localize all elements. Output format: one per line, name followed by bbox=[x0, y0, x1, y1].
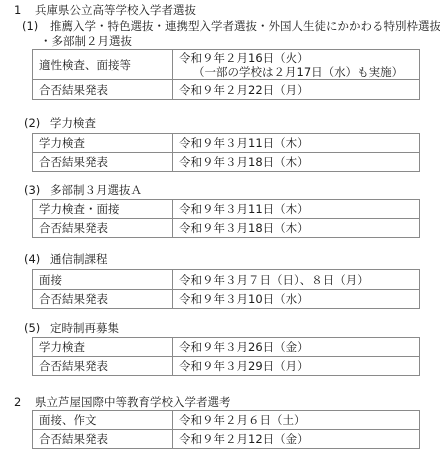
date-cell: 令和９年２月16日（火） （一部の学校は２月17日（水）も実施） bbox=[173, 50, 420, 80]
subsection-3-title: 多部制３月選抜Ａ bbox=[50, 183, 142, 197]
schedule-table-4: 面接 令和９年３月７日（日）、８日（月） 合否結果発表 令和９年３月10日（水） bbox=[32, 269, 420, 309]
date-cell: 令和９年３月10日（水） bbox=[173, 290, 420, 309]
table-row: 合否結果発表 令和９年３月10日（水） bbox=[33, 290, 420, 309]
date-cell: 令和９年３月26日（金） bbox=[173, 338, 420, 357]
schedule-table-3: 学力検査・面接 令和９年３月11日（木） 合否結果発表 令和９年３月18日（木） bbox=[32, 199, 420, 238]
subsection-1-title-line1: 推薦入学・特色選抜・連携型入学者選抜・外国人生徒にかかわる特別枠選抜 bbox=[50, 19, 440, 33]
table-row: 適性検査、面接等 令和９年２月16日（火） （一部の学校は２月17日（水）も実施… bbox=[33, 50, 420, 80]
item-cell: 面接 bbox=[33, 270, 173, 290]
date-text: 令和９年２月16日（火） bbox=[179, 51, 419, 65]
item-cell: 合否結果発表 bbox=[33, 430, 173, 449]
table-row: 合否結果発表 令和９年３月29日（月） bbox=[33, 357, 420, 376]
subsection-5-title: 定時制再募集 bbox=[50, 321, 119, 335]
item-cell: 適性検査、面接等 bbox=[33, 50, 173, 80]
item-cell: 学力検査 bbox=[33, 134, 173, 153]
table-row: 合否結果発表 令和９年３月18日（木） bbox=[33, 153, 420, 172]
subsection-1-number: (1) bbox=[22, 19, 38, 33]
date-note: （一部の学校は２月17日（水）も実施） bbox=[179, 65, 403, 79]
date-cell: 令和９年３月11日（木） bbox=[173, 200, 420, 219]
subsection-5-number: (5) bbox=[24, 321, 40, 335]
schedule-table-5: 学力検査 令和９年３月26日（金） 合否結果発表 令和９年３月29日（月） bbox=[32, 337, 420, 376]
date-cell: 令和９年３月18日（木） bbox=[173, 219, 420, 238]
subsection-4-title: 通信制課程 bbox=[50, 252, 108, 266]
table-row: 学力検査・面接 令和９年３月11日（木） bbox=[33, 200, 420, 219]
date-cell: 令和９年３月11日（木） bbox=[173, 134, 420, 153]
item-cell: 合否結果発表 bbox=[33, 357, 173, 376]
item-cell: 合否結果発表 bbox=[33, 219, 173, 238]
table-row: 面接 令和９年３月７日（日）、８日（月） bbox=[33, 270, 420, 290]
date-cell: 令和９年３月７日（日）、８日（月） bbox=[173, 270, 420, 290]
item-cell: 学力検査 bbox=[33, 338, 173, 357]
table-row: 面接、作文 令和９年２月６日（土） bbox=[33, 411, 420, 430]
subsection-2-title: 学力検査 bbox=[50, 116, 96, 130]
subsection-2-number: (2) bbox=[24, 116, 40, 130]
section-1-number: 1 bbox=[14, 3, 21, 17]
schedule-table-6: 面接、作文 令和９年２月６日（土） 合否結果発表 令和９年２月12日（金） bbox=[32, 410, 420, 449]
item-cell: 学力検査・面接 bbox=[33, 200, 173, 219]
subsection-4-number: (4) bbox=[24, 252, 40, 266]
date-cell: 令和９年２月22日（月） bbox=[173, 80, 420, 100]
table-row: 学力検査 令和９年３月26日（金） bbox=[33, 338, 420, 357]
section-1-title: 兵庫県公立高等学校入学者選抜 bbox=[35, 3, 196, 17]
schedule-table-2: 学力検査 令和９年３月11日（木） 合否結果発表 令和９年３月18日（木） bbox=[32, 133, 420, 172]
subsection-3-number: (3) bbox=[24, 183, 40, 197]
item-cell: 面接、作文 bbox=[33, 411, 173, 430]
table-row: 合否結果発表 令和９年２月22日（月） bbox=[33, 80, 420, 100]
item-cell: 合否結果発表 bbox=[33, 290, 173, 309]
section-2-number: 2 bbox=[14, 395, 21, 409]
item-cell: 合否結果発表 bbox=[33, 153, 173, 172]
table-row: 合否結果発表 令和９年３月18日（木） bbox=[33, 219, 420, 238]
date-cell: 令和９年３月18日（木） bbox=[173, 153, 420, 172]
date-cell: 令和９年２月６日（土） bbox=[173, 411, 420, 430]
table-row: 合否結果発表 令和９年２月12日（金） bbox=[33, 430, 420, 449]
section-2-title: 県立芦屋国際中等教育学校入学者選考 bbox=[35, 395, 231, 409]
date-cell: 令和９年３月29日（月） bbox=[173, 357, 420, 376]
table-row: 学力検査 令和９年３月11日（木） bbox=[33, 134, 420, 153]
schedule-table-1: 適性検査、面接等 令和９年２月16日（火） （一部の学校は２月17日（水）も実施… bbox=[32, 49, 420, 100]
date-cell: 令和９年２月12日（金） bbox=[173, 430, 420, 449]
item-cell: 合否結果発表 bbox=[33, 80, 173, 100]
subsection-1-title-line2: ・多部制２月選抜 bbox=[40, 34, 132, 48]
